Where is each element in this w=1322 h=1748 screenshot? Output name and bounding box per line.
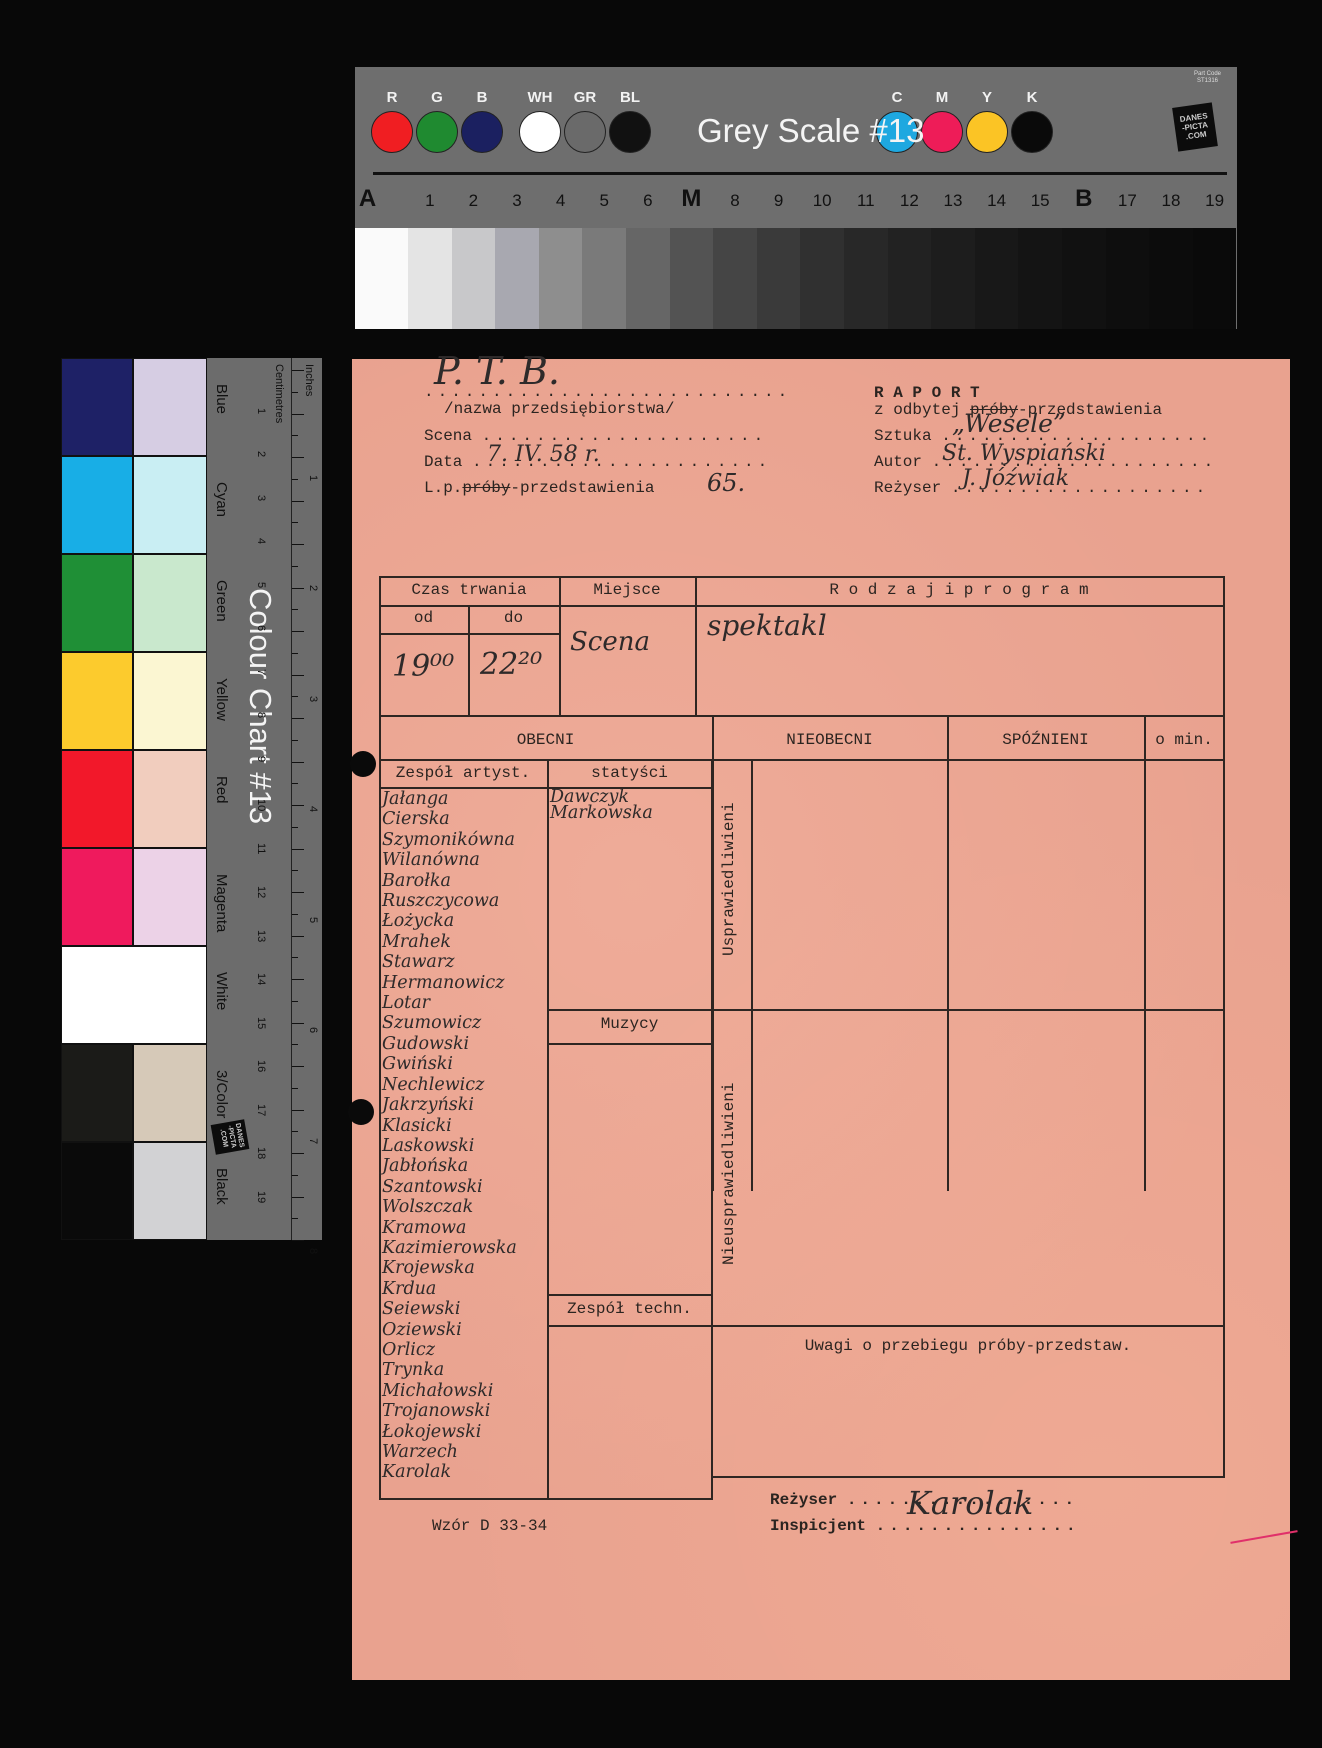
colour-chart: BlueCyanGreenYellowRedMagentaWhite3/Colo… xyxy=(61,358,322,1240)
spoznieni-header: SPÓŹNIENI xyxy=(947,731,1144,749)
pink-mark xyxy=(1230,1530,1297,1544)
scale-label: A xyxy=(348,185,388,213)
cm-mark: 13 xyxy=(255,930,267,942)
inch-mark: 2 xyxy=(307,585,319,591)
scale-label: 17 xyxy=(1107,191,1147,211)
scale-label: 9 xyxy=(759,191,799,211)
colour-patch-magenta xyxy=(61,848,207,946)
colour-label: Cyan xyxy=(213,482,230,517)
grey-step xyxy=(975,228,1019,329)
grey-step xyxy=(355,228,408,329)
inch-mark: 7 xyxy=(307,1138,319,1144)
rule xyxy=(379,715,1225,717)
o-min-header: o min. xyxy=(1144,731,1224,749)
ruler xyxy=(291,358,323,1240)
miejsce-header: Miejsce xyxy=(559,581,695,599)
colour-label: Blue xyxy=(213,384,230,414)
colour-patch-cyan xyxy=(61,456,207,554)
artist-name: Barołka xyxy=(382,871,517,891)
do-value: 22²⁰ xyxy=(480,647,542,682)
cm-mark: 8 xyxy=(255,712,267,718)
artist-name: Nechlewicz xyxy=(382,1075,517,1095)
artist-name: Laskowski xyxy=(382,1136,517,1156)
cm-mark: 16 xyxy=(255,1060,267,1072)
grey-step xyxy=(495,228,539,329)
zespol-artyst-header: Zespół artyst. xyxy=(379,764,547,782)
grey-step xyxy=(931,228,975,329)
autor-value: St. Wyspiański xyxy=(942,441,1106,466)
obecni-header: OBECNI xyxy=(379,731,712,749)
grey-step xyxy=(408,228,452,329)
artists-list: JałangaCierskaSzymonikównaWilanównaBaroł… xyxy=(379,787,547,1498)
scale-label: 11 xyxy=(846,191,886,211)
colour-label: Magenta xyxy=(213,874,230,932)
scale-label: 15 xyxy=(1020,191,1060,211)
scale-label: 8 xyxy=(715,191,755,211)
grey-step xyxy=(1149,228,1193,329)
swatch-label-k: K xyxy=(1012,89,1052,106)
grey-step xyxy=(888,228,932,329)
scale-label: 13 xyxy=(933,191,973,211)
uwagi-label: Uwagi o przebiegu próby-przedstaw. xyxy=(712,1337,1224,1355)
artist-name: Klasicki xyxy=(382,1116,517,1136)
grey-step xyxy=(1018,228,1062,329)
swatch-g xyxy=(416,111,458,153)
rodzaj-value: spektakl xyxy=(707,609,827,642)
nieobecni-header: NIEOBECNI xyxy=(712,731,947,749)
artist-name: Cierska xyxy=(382,809,517,829)
swatch-label-y: Y xyxy=(967,89,1007,106)
cm-mark: 17 xyxy=(255,1104,267,1116)
rezyser-value: J. Jóźwiak xyxy=(962,466,1069,491)
rule xyxy=(379,605,1225,607)
artist-name: Lotar xyxy=(382,993,517,1013)
colour-patch-white xyxy=(61,946,207,1044)
swatch-m xyxy=(921,111,963,153)
inch-mark: 3 xyxy=(307,696,319,702)
artist-name: Wilanówna xyxy=(382,850,517,870)
grey-step xyxy=(452,228,496,329)
lp-value: 65. xyxy=(707,469,745,497)
report-form: P. T. B. ........................... /na… xyxy=(352,359,1290,1680)
colour-label: 3/Color xyxy=(213,1070,230,1118)
artist-name: Ruszczycowa xyxy=(382,891,517,911)
data-value: 7. IV. 58 r. xyxy=(487,442,600,467)
swatch-wh xyxy=(519,111,561,153)
artist-name: Łożycka xyxy=(382,911,517,931)
rule xyxy=(547,759,549,1500)
artist-name: Michałowski xyxy=(382,1381,517,1401)
artist-name: Szantowski xyxy=(382,1177,517,1197)
cm-mark: 2 xyxy=(255,451,267,457)
swatch-bl xyxy=(609,111,651,153)
rule xyxy=(711,1476,1225,1478)
cm-mark: 7 xyxy=(255,669,267,675)
grey-step xyxy=(1062,228,1106,329)
part-code: Part CodeST1316 xyxy=(1194,71,1221,85)
rule xyxy=(547,1294,712,1296)
artist-name: Mrahek xyxy=(382,932,517,952)
cm-mark: 6 xyxy=(255,625,267,631)
nieusprawiedliwieni-label: Nieusprawiedliwieni xyxy=(720,1049,738,1299)
inch-mark: 5 xyxy=(307,917,319,923)
od-header: od xyxy=(379,609,468,627)
cm-mark: 18 xyxy=(255,1147,267,1159)
grey-step xyxy=(626,228,670,329)
swatch-label-gr: GR xyxy=(565,89,605,106)
swatch-label-g: G xyxy=(417,89,457,106)
artist-name: Łokojewski xyxy=(382,1422,517,1442)
rule xyxy=(1144,715,1146,1191)
scale-label: 19 xyxy=(1195,191,1235,211)
grey-step xyxy=(1193,228,1237,329)
scale-label: 1 xyxy=(410,191,450,211)
grey-step-strip xyxy=(355,228,1237,329)
artist-name: Trojanowski xyxy=(382,1401,517,1421)
artist-name: Krojewska xyxy=(382,1258,517,1278)
inch-mark: 6 xyxy=(307,1027,319,1033)
swatch-y xyxy=(966,111,1008,153)
grey-step xyxy=(670,228,714,329)
extra-name: Markowska xyxy=(550,805,653,821)
grey-step xyxy=(1106,228,1150,329)
punch-hole xyxy=(350,751,376,777)
usprawiedliwieni-label: Usprawiedliwieni xyxy=(720,779,738,979)
swatch-label-c: C xyxy=(877,89,917,106)
cm-mark: 9 xyxy=(255,756,267,762)
colour-patch-3-color xyxy=(61,1044,207,1142)
swatch-label-bl: BL xyxy=(610,89,650,106)
artist-name: Orlicz xyxy=(382,1340,517,1360)
colour-patch-red xyxy=(61,750,207,848)
rule xyxy=(379,759,1225,761)
danes-picta-logo: DANES-PICTA.COM xyxy=(1172,102,1218,151)
form-code: Wzór D 33-34 xyxy=(432,1517,547,1535)
lp-field: L.p.próby-przedstawienia xyxy=(424,479,654,497)
swatch-label-m: M xyxy=(922,89,962,106)
artist-name: Seiewski xyxy=(382,1299,517,1319)
cm-mark: 15 xyxy=(255,1017,267,1029)
do-header: do xyxy=(468,609,559,627)
inch-mark: 4 xyxy=(307,806,319,812)
artist-name: Gwiński xyxy=(382,1054,517,1074)
rule xyxy=(751,759,753,1191)
colour-label: Black xyxy=(213,1168,230,1205)
scale-label: M xyxy=(671,185,711,213)
rule xyxy=(547,1043,712,1045)
artist-name: Trynka xyxy=(382,1360,517,1380)
scale-label: 5 xyxy=(584,191,624,211)
cm-mark: 19 xyxy=(255,1191,267,1203)
centimetres-label: Centimetres xyxy=(273,364,285,423)
od-value: 19⁰⁰ xyxy=(392,649,454,684)
grey-scale-card: Part CodeST1316 RGBWHGRBLCMYK Grey Scale… xyxy=(355,67,1237,329)
artist-name: Kazimierowska xyxy=(382,1238,517,1258)
artist-name: Krdua xyxy=(382,1279,517,1299)
colour-patch-yellow xyxy=(61,652,207,750)
grey-step xyxy=(539,228,583,329)
scale-label: 10 xyxy=(802,191,842,211)
grey-step xyxy=(844,228,888,329)
report-title: R A P O R T xyxy=(874,384,980,402)
artist-name: Kramowa xyxy=(382,1218,517,1238)
cm-mark: 5 xyxy=(255,582,267,588)
statysci-header: statyści xyxy=(547,764,712,782)
cm-mark: 1 xyxy=(255,408,267,414)
colour-label: Red xyxy=(213,776,230,804)
swatch-k xyxy=(1011,111,1053,153)
swatch-b xyxy=(461,111,503,153)
cm-mark: 3 xyxy=(255,495,267,501)
scale-label: 12 xyxy=(889,191,929,211)
colour-chart-title: Colour Chart #13 xyxy=(242,588,278,824)
cm-mark: 10 xyxy=(255,799,267,811)
inch-mark: 8 xyxy=(307,1248,319,1254)
scale-label: 4 xyxy=(541,191,581,211)
scale-label: 18 xyxy=(1151,191,1191,211)
czas-trwania-header: Czas trwania xyxy=(379,581,559,599)
scale-label: 3 xyxy=(497,191,537,211)
grey-scale-title: Grey Scale #13 xyxy=(697,112,924,150)
artist-name: Gudowski xyxy=(382,1034,517,1054)
scale-label: 2 xyxy=(453,191,493,211)
artist-name: Jakrzyński xyxy=(382,1095,517,1115)
grey-step xyxy=(757,228,801,329)
punch-hole xyxy=(348,1099,374,1125)
scale-label: B xyxy=(1064,185,1104,213)
artist-name: Hermanowicz xyxy=(382,973,517,993)
cm-mark: 12 xyxy=(255,886,267,898)
org-dotted-line: ........................... xyxy=(424,383,791,401)
rule xyxy=(379,1498,713,1500)
cm-mark: 14 xyxy=(255,973,267,985)
swatch-label-r: R xyxy=(372,89,412,106)
rule xyxy=(947,715,949,1191)
artist-name: Oziewski xyxy=(382,1320,517,1340)
cm-mark: 11 xyxy=(255,843,267,854)
rule xyxy=(547,1009,1225,1011)
artist-name: Karolak xyxy=(382,1462,517,1482)
colour-label: White xyxy=(213,972,230,1010)
scale-label: 6 xyxy=(628,191,668,211)
colour-label: Yellow xyxy=(213,678,230,721)
rodzaj-header: R o d z a j i p r o g r a m xyxy=(695,581,1223,599)
swatch-r xyxy=(371,111,413,153)
muzycy-header: Muzycy xyxy=(547,1015,712,1033)
artist-name: Wolszczak xyxy=(382,1197,517,1217)
swatch-label-b: B xyxy=(462,89,502,106)
sztuka-value: „Wesele” xyxy=(952,409,1066,438)
org-caption: /nazwa przedsiębiorstwa/ xyxy=(444,400,674,418)
artist-name: Warzech xyxy=(382,1442,517,1462)
divider xyxy=(373,172,1227,175)
colour-patch-black xyxy=(61,1142,207,1240)
colour-chart-ruler-strip: BlueCyanGreenYellowRedMagentaWhite3/Colo… xyxy=(207,358,322,1240)
swatch-gr xyxy=(564,111,606,153)
artist-name: Szymonikówna xyxy=(382,830,517,850)
scale-label: 14 xyxy=(977,191,1017,211)
grey-step xyxy=(713,228,757,329)
rule xyxy=(711,759,713,1500)
zespol-techn-header: Zespół techn. xyxy=(547,1300,712,1318)
miejsce-value: Scena xyxy=(570,627,650,657)
colour-patch-blue xyxy=(61,358,207,456)
inch-mark: 1 xyxy=(307,475,319,481)
colour-patch-green xyxy=(61,554,207,652)
grey-step xyxy=(582,228,626,329)
cm-mark: 4 xyxy=(255,538,267,544)
danes-picta-logo: DANES-PICTA.COM xyxy=(211,1119,250,1154)
artist-name: Jałanga xyxy=(382,789,517,809)
rule xyxy=(547,1325,1225,1327)
swatch-label-wh: WH xyxy=(520,89,560,106)
inspicjent-signature: Karolak xyxy=(907,1484,1033,1522)
colour-label: Green xyxy=(213,580,230,622)
rule xyxy=(379,576,1225,578)
artist-name: Szumowicz xyxy=(382,1013,517,1033)
artist-name: Stawarz xyxy=(382,952,517,972)
artist-name: Jabłońska xyxy=(382,1156,517,1176)
grey-step xyxy=(800,228,844,329)
